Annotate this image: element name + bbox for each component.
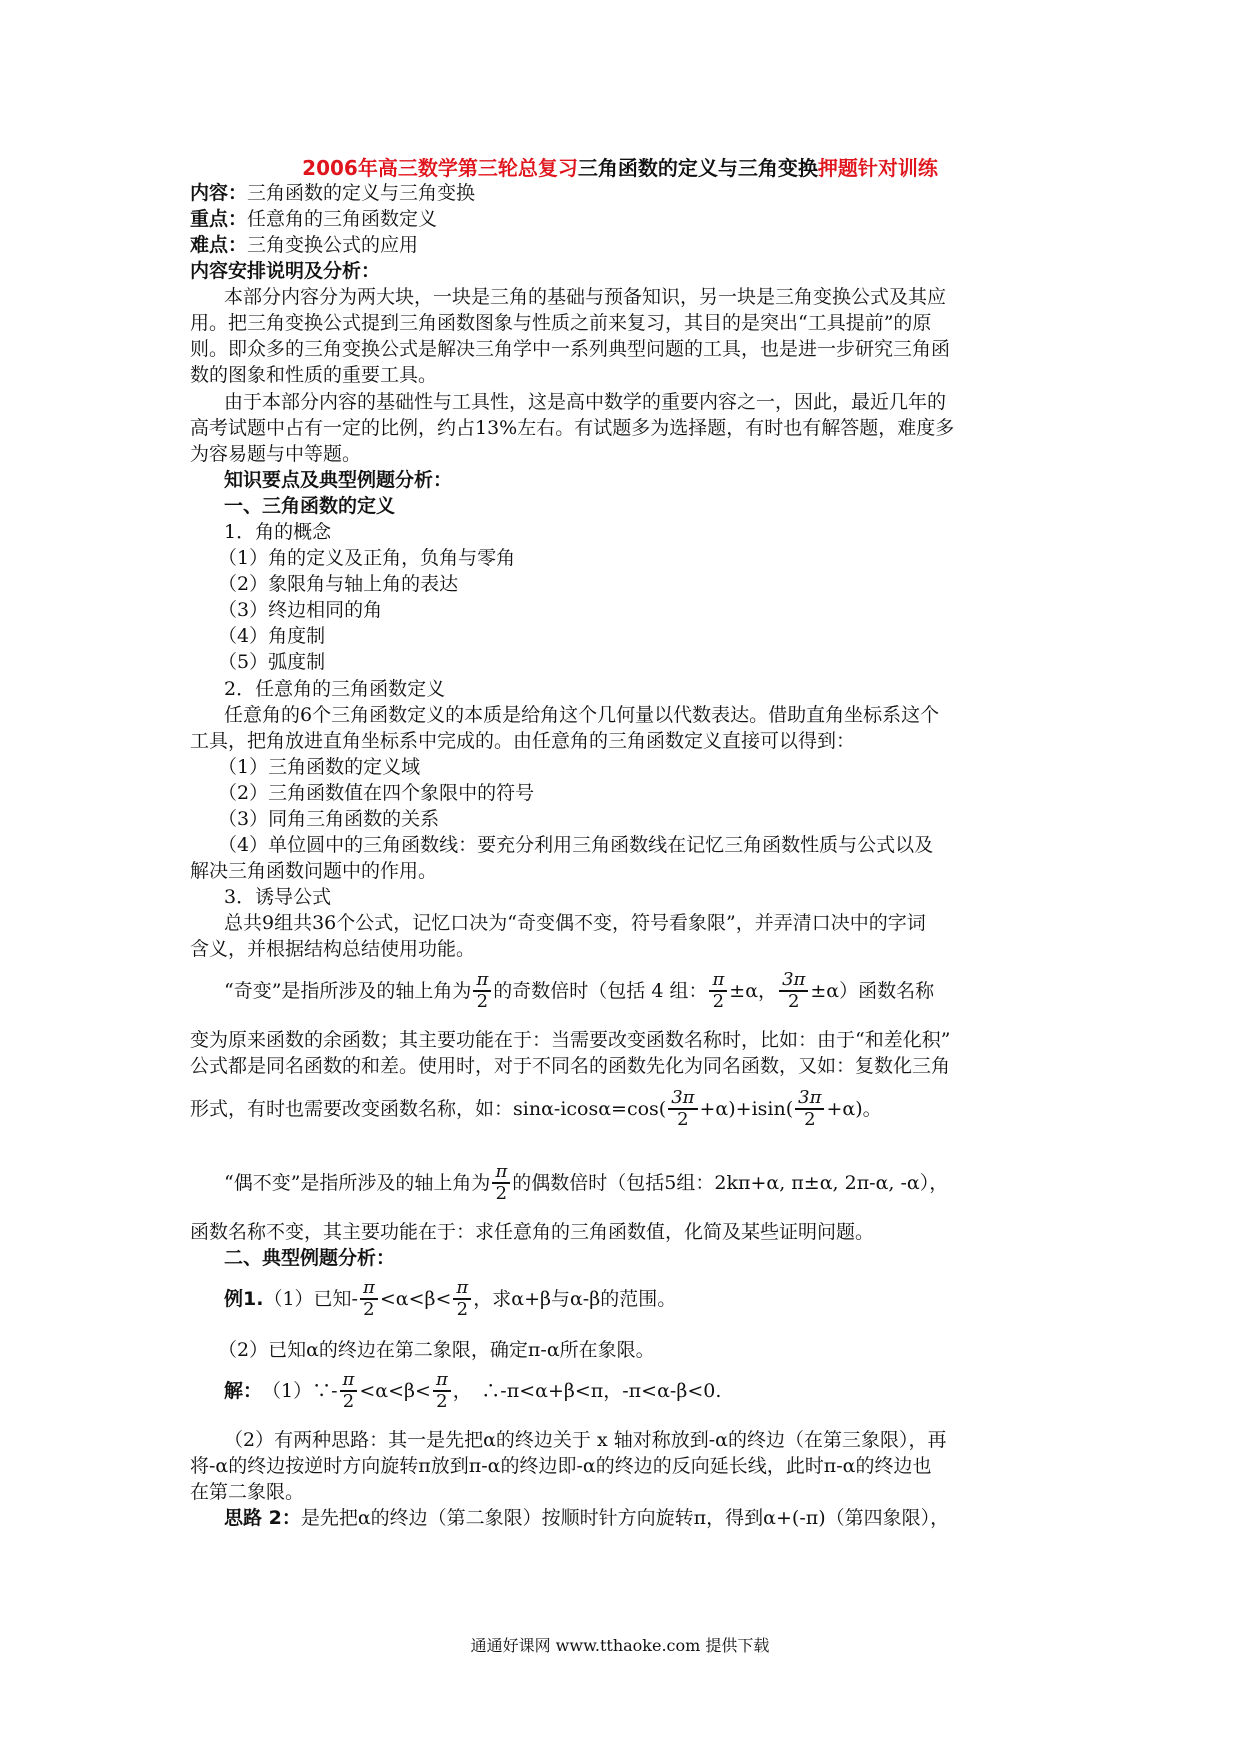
- meta-content: 内容：三角函数的定义与三角变换: [190, 179, 475, 207]
- intro-p1-l1: 本部分内容分为两大块，一块是三角的基础与预备知识，另一块是三角变换公式及其应: [224, 283, 946, 311]
- sub3-heading: 3．诱导公式: [224, 883, 331, 911]
- solution2-l1: （2）有两种思路：其一是先把α的终边关于 x 轴对称放到-α的终边（在第三象限）…: [224, 1426, 946, 1454]
- fraction: π2: [492, 1162, 510, 1204]
- page-title: 2006年高三数学第三轮总复习三角函数的定义与三角变换押题针对训练: [0, 152, 1240, 181]
- title-prefix: 2006年高三数学第三轮总复习: [302, 156, 578, 180]
- example1-q1: 例1. （1）已知- π2 <α<β< π2 ，求α+β与α-β的范围。: [224, 1266, 676, 1332]
- fraction: π2: [340, 1370, 358, 1412]
- sub2-p-l1: 任意角的6个三角函数定义的本质是给角这个几何量以代数表达。借助直角坐标系这个: [224, 701, 939, 729]
- sub1-item: （1）角的定义及正角，负角与零角: [218, 544, 515, 572]
- solution2-l3: 在第二象限。: [190, 1478, 304, 1506]
- sub2-item: （1）三角函数的定义域: [218, 753, 420, 781]
- odd-rule-l1: “奇变”是指所涉及的轴上角为 π2 的奇数倍时（包括 4 组： π2 ±α， 3…: [224, 958, 934, 1024]
- title-topic: 三角函数的定义与三角变换: [578, 156, 818, 180]
- fraction: 3π2: [795, 1088, 824, 1130]
- sub2-item: （3）同角三角函数的关系: [218, 805, 439, 833]
- page-footer: 通通好课网 www.tthaoke.com 提供下载: [0, 1633, 1240, 1656]
- sub1-item: （3）终边相同的角: [218, 596, 382, 624]
- solution2-l2: 将-α的终边按逆时方向旋转π放到π-α的终边即-α的终边的反向延长线，此时π-α…: [190, 1452, 931, 1480]
- intro-p2-l3: 为容易题与中等题。: [190, 440, 361, 468]
- sub2-item: （2）三角函数值在四个象限中的符号: [218, 779, 534, 807]
- meta-focus: 重点：任意角的三角函数定义: [190, 205, 437, 233]
- sub1-item: （2）象限角与轴上角的表达: [218, 570, 458, 598]
- sub2-item: （4）单位圆中的三角函数线：要充分利用三角函数线在记忆三角函数性质与公式以及: [218, 831, 933, 859]
- knowledge-heading: 知识要点及典型例题分析：: [224, 466, 452, 494]
- sub1-item: （5）弧度制: [218, 648, 325, 676]
- arrangement-heading: 内容安排说明及分析：: [190, 257, 380, 285]
- fraction: π2: [453, 1278, 471, 1320]
- document-page: 2006年高三数学第三轮总复习三角函数的定义与三角变换押题针对训练 内容：三角函…: [0, 0, 1240, 1754]
- fraction: π2: [473, 970, 491, 1012]
- intro-p2-l1: 由于本部分内容的基础性与工具性，这是高中数学的重要内容之一，因此，最近几年的: [224, 388, 946, 416]
- even-rule-l1: “偶不变”是指所涉及的轴上角为 π2 的偶数倍时（包括5组：2kπ+α, π±α…: [224, 1150, 948, 1216]
- intro-p1-l2: 用。把三角变换公式提到三角函数图象与性质之前来复习，其目的是突出“工具提前”的原: [190, 309, 931, 337]
- fraction: π2: [360, 1278, 378, 1320]
- intro-p1-l3: 则。即众多的三角变换公式是解决三角学中一系列典型问题的工具，也是进一步研究三角函: [190, 335, 950, 363]
- idea2: 思路 2：是先把α的终边（第二象限）按顺时针方向旋转π，得到α+(-π)（第四象…: [224, 1504, 949, 1532]
- odd-rule-l4: 形式，有时也需要改变函数名称，如：sinα-icosα=cos( 3π2 +α)…: [190, 1076, 882, 1142]
- sub3-p-l1: 总共9组共36个公式，记忆口决为“奇变偶不变，符号看象限”，并弄清口决中的字词: [224, 909, 926, 937]
- section1-heading: 一、三角函数的定义: [224, 492, 395, 520]
- intro-p2-l2: 高考试题中占有一定的比例，约占13%左右。有试题多为选择题，有时也有解答题，难度…: [190, 414, 954, 442]
- title-suffix: 押题针对训练: [818, 156, 938, 180]
- even-rule-l2: 函数名称不变，其主要功能在于：求任意角的三角函数值，化简及某些证明问题。: [190, 1218, 874, 1246]
- sub2-p-l2: 工具，把角放进直角坐标系中完成的。由任意角的三角函数定义直接可以得到：: [190, 727, 855, 755]
- fraction: 3π2: [668, 1088, 697, 1130]
- fraction: 3π2: [779, 970, 808, 1012]
- sub1-item: （4）角度制: [218, 622, 325, 650]
- sub2-heading: 2．任意角的三角函数定义: [224, 675, 445, 703]
- intro-p1-l4: 数的图象和性质的重要工具。: [190, 361, 437, 389]
- sub2-item-cont: 解决三角函数问题中的作用。: [190, 857, 437, 885]
- solution1: 解： （1）∵- π2 <α<β< π2 ， ∴-π<α+β<π，-π<α-β<…: [224, 1358, 721, 1424]
- fraction: π2: [709, 970, 727, 1012]
- odd-rule-l2: 变为原来函数的余函数；其主要功能在于：当需要改变函数名称时，比如：由于“和差化积…: [190, 1026, 950, 1054]
- meta-difficulty: 难点：三角变换公式的应用: [190, 231, 418, 259]
- fraction: π2: [433, 1370, 451, 1412]
- sub1-heading: 1．角的概念: [224, 518, 331, 546]
